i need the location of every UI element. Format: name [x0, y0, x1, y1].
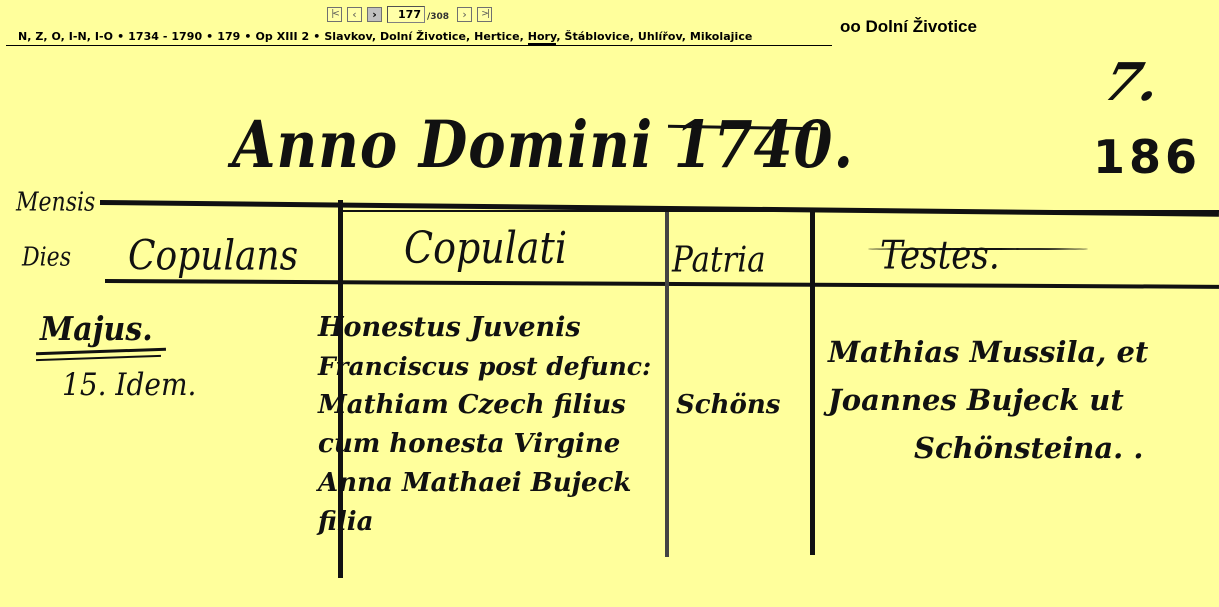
register-viewer: |< ‹ › /308 › >| N, Z, O, I-N, I-O•1734 …	[0, 0, 1219, 607]
manuscript-scan: Anno Domini 1740. 7. 186 Mensis Dies Cop…	[0, 50, 1219, 607]
header-patria: Patria	[672, 239, 766, 280]
next-page-button[interactable]: ›	[457, 7, 472, 22]
header-copulati: Copulati	[404, 223, 567, 274]
entry-copulati: Honestus Juvenis Franciscus post defunc:…	[318, 308, 651, 542]
testes-line: Schönsteina. .	[828, 424, 1148, 472]
entry-month: Majus.	[40, 310, 153, 349]
testes-flourish	[868, 248, 1088, 250]
manuscript-heading: Anno Domini 1740.	[232, 107, 854, 183]
village-link-hertice[interactable]: Hertice	[474, 30, 519, 43]
village-link-uhlirov[interactable]: Uhlířov	[638, 30, 682, 43]
book-number: 179	[217, 30, 240, 43]
total-pages: /308	[427, 12, 449, 22]
separator: •	[117, 30, 124, 43]
column-divider-2	[665, 212, 669, 557]
page-number-input[interactable]	[387, 6, 425, 23]
copulati-line: cum honesta Virgine	[318, 425, 651, 464]
last-page-icon: >|	[481, 9, 488, 20]
copulati-line: filia	[318, 503, 651, 542]
header-bottom-rule	[105, 279, 1219, 289]
entry-day-copulans: 15. Idem.	[62, 366, 196, 402]
header-testes: Testes.	[880, 233, 1000, 279]
village-link-dolni-zivotice[interactable]: Dolní Životice	[380, 30, 466, 43]
copulati-line: Franciscus post defunc:	[318, 347, 651, 386]
separator: •	[313, 30, 320, 43]
month-underline-2	[36, 355, 161, 361]
chevron-left-icon: ‹	[352, 9, 356, 20]
village-link-stablovice[interactable]: Štáblovice	[565, 30, 630, 43]
book-signature: Op XIII 2	[255, 30, 309, 43]
record-years: 1734 - 1790	[128, 30, 202, 43]
village-link-slavkov[interactable]: Slavkov	[324, 30, 372, 43]
entry-patria: Schöns	[676, 390, 780, 420]
last-page-button[interactable]: >|	[477, 7, 492, 22]
separator: •	[244, 30, 251, 43]
record-types: N, Z, O, I-N, I-O	[18, 30, 113, 43]
header-mensis: Mensis	[16, 188, 95, 218]
folio-number: 7.	[1097, 52, 1168, 113]
month-underline	[36, 348, 166, 356]
header-copulans: Copulans	[128, 233, 298, 280]
copulati-line: Anna Mathaei Bujeck	[318, 464, 651, 503]
first-page-button[interactable]: |<	[327, 7, 342, 22]
column-divider-3	[810, 210, 815, 555]
chevron-right-icon: ›	[372, 9, 377, 20]
current-view-button[interactable]: ›	[367, 7, 382, 22]
testes-line: Mathias Mussila, et	[828, 328, 1148, 376]
entry-testes: Mathias Mussila, et Joannes Bujeck ut Sc…	[828, 328, 1148, 472]
parish-title: oo Dolní Životice	[840, 17, 977, 37]
page-navigation: |< ‹ › /308 › >|	[327, 5, 497, 23]
table-top-rule	[100, 200, 1219, 217]
header-dies: Dies	[22, 243, 71, 273]
first-page-icon: |<	[331, 9, 338, 20]
separator: •	[206, 30, 213, 43]
copulati-line: Mathiam Czech filius	[318, 386, 651, 425]
copulati-line: Honestus Juvenis	[318, 308, 651, 347]
village-link-mikolajice[interactable]: Mikolajice	[690, 30, 753, 43]
testes-line: Joannes Bujeck ut	[828, 376, 1148, 424]
table-top-rule-thin	[340, 210, 1219, 212]
page-indicator: /308	[387, 6, 449, 23]
chevron-right-icon: ›	[462, 9, 466, 20]
village-link-hory[interactable]: Hory	[528, 30, 557, 45]
record-info-line: N, Z, O, I-N, I-O•1734 - 1790•179•Op XII…	[6, 29, 832, 46]
previous-page-button[interactable]: ‹	[347, 7, 362, 22]
page-number: 186	[1093, 130, 1201, 184]
